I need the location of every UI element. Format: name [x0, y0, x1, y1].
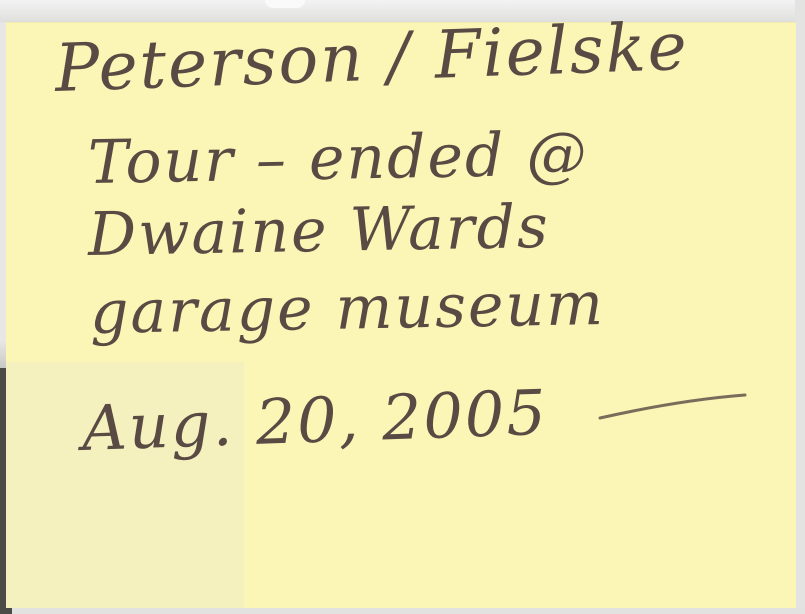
pen-stroke-flourish-icon	[0, 0, 805, 614]
